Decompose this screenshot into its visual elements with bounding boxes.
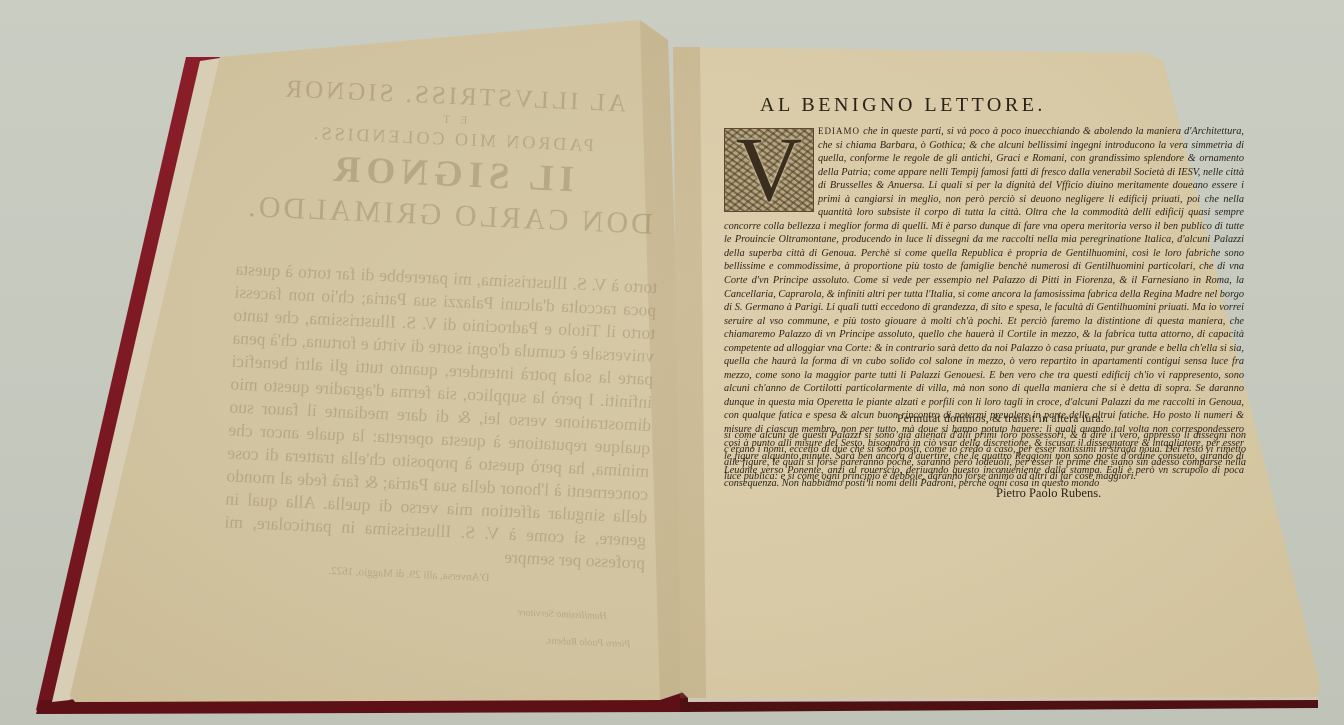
left-page-show-through-text: AL ILLVSTRISS. SIGNOR E T PADRON MIO COL… xyxy=(216,71,670,651)
page-title: AL BENIGNO LETTORE. xyxy=(760,94,1046,117)
initial-letter: V xyxy=(725,123,813,215)
initial-rest: EDIAMO xyxy=(818,126,860,136)
decorated-initial-icon: V xyxy=(724,128,814,212)
ghost-body: torto à V. S. Illustrissima, mi parerebb… xyxy=(219,257,662,574)
body-paragraph-2: si come alcuni de questi Palazzi si sono… xyxy=(724,429,1246,483)
latin-quote: Permutat dominos, & transit in altera iu… xyxy=(897,413,1104,425)
author-signature: Pietro Paolo Rubens. xyxy=(996,486,1101,501)
ghost-closing: Humilissimo Servitore xyxy=(217,594,647,624)
